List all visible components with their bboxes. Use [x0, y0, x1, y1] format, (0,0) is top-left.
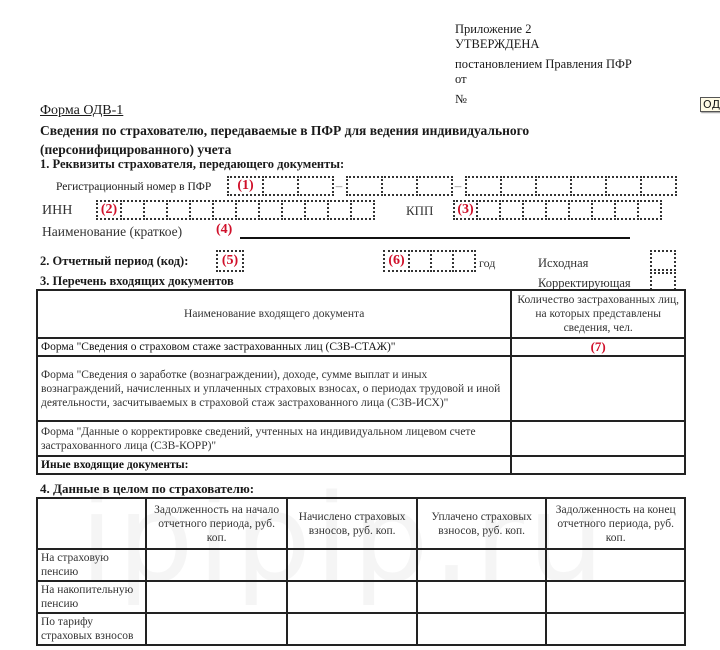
field-marker: (1) [237, 178, 253, 194]
digit-box[interactable] [381, 176, 418, 196]
table-row: На накопительную пенсию [37, 581, 685, 613]
digit-box[interactable] [591, 200, 616, 220]
digit-box[interactable] [166, 200, 191, 220]
digit-box[interactable] [614, 200, 639, 220]
digit-box[interactable] [522, 200, 547, 220]
document-count[interactable] [511, 356, 685, 421]
digit-box[interactable] [452, 250, 476, 272]
column-header: Количество застрахованных лиц, на которы… [511, 290, 685, 338]
year-field[interactable]: (6) [383, 250, 474, 272]
table-row: Форма "Сведения о страховом стаже застра… [37, 338, 685, 356]
document-name: Форма "Сведения о страховом стаже застра… [37, 338, 511, 356]
name-input-line[interactable] [240, 237, 630, 239]
digit-box[interactable] [235, 200, 260, 220]
digit-box[interactable] [258, 200, 283, 220]
section2-heading: 2. Отчетный период (код): [40, 254, 188, 269]
approval-number: № [455, 92, 632, 107]
document-name: Иные входящие документы: [37, 456, 511, 474]
reg-number-field[interactable]: (1)–– [227, 176, 675, 196]
digit-box[interactable] [637, 200, 662, 220]
type-corrective-checkbox[interactable] [650, 272, 676, 290]
amount-cell[interactable] [146, 581, 288, 613]
digit-box[interactable] [476, 200, 501, 220]
digit-box[interactable]: (3) [453, 200, 478, 220]
type-original-label: Исходная [538, 256, 588, 271]
section4-heading: 4. Данные в целом по страхователю: [40, 481, 254, 497]
section1-heading: 1. Реквизиты страхователя, передающего д… [40, 157, 344, 172]
reg-number-label: Регистрационный номер в ПФР [56, 181, 211, 193]
form-name: Форма ОДВ-1 [40, 103, 123, 119]
digit-box[interactable] [327, 200, 352, 220]
digit-box[interactable] [605, 176, 642, 196]
table-row: На страховую пенсию [37, 549, 685, 581]
document-count[interactable]: (7) [511, 338, 685, 356]
field-marker: (6) [388, 253, 404, 269]
incoming-documents-table: Наименование входящего документа Количес… [36, 289, 686, 475]
digit-box[interactable]: (1) [227, 176, 264, 196]
digit-box[interactable] [500, 176, 537, 196]
approval-block: Приложение 2 УТВЕРЖДЕНА постановлением П… [455, 22, 632, 107]
type-original-checkbox[interactable] [650, 250, 676, 271]
field-marker: (2) [101, 202, 117, 218]
name-label: Наименование (краткое) [42, 224, 182, 240]
amount-cell[interactable] [146, 613, 288, 645]
digit-box[interactable] [640, 176, 677, 196]
amount-cell[interactable] [287, 613, 417, 645]
period-marker: (5) [222, 253, 238, 269]
amount-cell[interactable] [287, 581, 417, 613]
column-header: Задолженность на конец отчетного периода… [546, 498, 685, 549]
digit-box[interactable] [535, 176, 572, 196]
table-header-row: Наименование входящего документа Количес… [37, 290, 685, 338]
period-code-field[interactable]: (5) [216, 250, 244, 272]
digit-box[interactable] [212, 200, 237, 220]
column-header [37, 498, 146, 549]
column-header: Задолженность на начало отчетного период… [146, 498, 288, 549]
document-name: Форма "Сведения о заработке (вознагражде… [37, 356, 511, 421]
table-header-row: Задолженность на начало отчетного период… [37, 498, 685, 549]
amount-cell[interactable] [287, 549, 417, 581]
document-count[interactable] [511, 421, 685, 456]
row-label: По тарифу страховых взносов [37, 613, 146, 645]
approval-approved: УТВЕРЖДЕНА [455, 37, 632, 52]
form-title: Сведения по страхователю, передаваемые в… [40, 121, 600, 159]
column-header: Начислено страховых взносов, руб. коп. [287, 498, 417, 549]
digit-box[interactable] [297, 176, 334, 196]
table-row: Форма "Сведения о заработке (вознагражде… [37, 356, 685, 421]
digit-box[interactable] [465, 176, 502, 196]
amount-cell[interactable] [417, 581, 546, 613]
digit-box[interactable] [545, 200, 570, 220]
digit-box[interactable] [304, 200, 329, 220]
name-marker: (4) [216, 222, 232, 238]
insurer-summary-table: Задолженность на начало отчетного период… [36, 497, 686, 646]
digit-box[interactable] [499, 200, 524, 220]
amount-cell[interactable] [417, 613, 546, 645]
table-row: По тарифу страховых взносов [37, 613, 685, 645]
digit-box[interactable] [430, 250, 454, 272]
row-label: На страховую пенсию [37, 549, 146, 581]
digit-box[interactable] [120, 200, 145, 220]
approval-date: от [455, 72, 632, 87]
row-label: На накопительную пенсию [37, 581, 146, 613]
inn-label: ИНН [42, 203, 72, 219]
column-header: Наименование входящего документа [37, 290, 511, 338]
digit-box[interactable]: (2) [96, 200, 122, 220]
digit-box[interactable] [281, 200, 306, 220]
document-name: Форма "Данные о корректировке сведений, … [37, 421, 511, 456]
digit-box[interactable] [143, 200, 168, 220]
digit-box[interactable] [350, 200, 375, 220]
side-tag[interactable]: ОД [700, 97, 720, 112]
digit-box[interactable] [408, 250, 432, 272]
kpp-label: КПП [406, 203, 433, 219]
column-header: Уплачено страховых взносов, руб. коп. [417, 498, 546, 549]
table-row: Форма "Данные о корректировке сведений, … [37, 421, 685, 456]
kpp-field[interactable]: (3) [453, 200, 660, 220]
amount-cell[interactable] [417, 549, 546, 581]
year-label: год [479, 256, 495, 271]
amount-cell[interactable] [546, 613, 685, 645]
section3-heading: 3. Перечень входящих документов [40, 274, 234, 289]
digit-box[interactable] [262, 176, 299, 196]
approval-resolution: постановлением Правления ПФР [455, 57, 632, 72]
amount-cell[interactable] [546, 581, 685, 613]
document-count[interactable] [511, 456, 685, 474]
digit-box[interactable] [416, 176, 453, 196]
amount-cell[interactable] [546, 549, 685, 581]
digit-box[interactable]: (6) [383, 250, 410, 272]
digit-box[interactable] [570, 176, 607, 196]
inn-field[interactable]: (2) [96, 200, 373, 220]
digit-box[interactable] [189, 200, 214, 220]
table-row: Иные входящие документы: [37, 456, 685, 474]
separator: – [451, 176, 465, 196]
digit-box[interactable] [346, 176, 383, 196]
approval-appendix: Приложение 2 [455, 22, 632, 37]
amount-cell[interactable] [146, 549, 288, 581]
field-marker: (3) [457, 202, 473, 218]
separator: – [332, 176, 346, 196]
digit-box[interactable] [568, 200, 593, 220]
